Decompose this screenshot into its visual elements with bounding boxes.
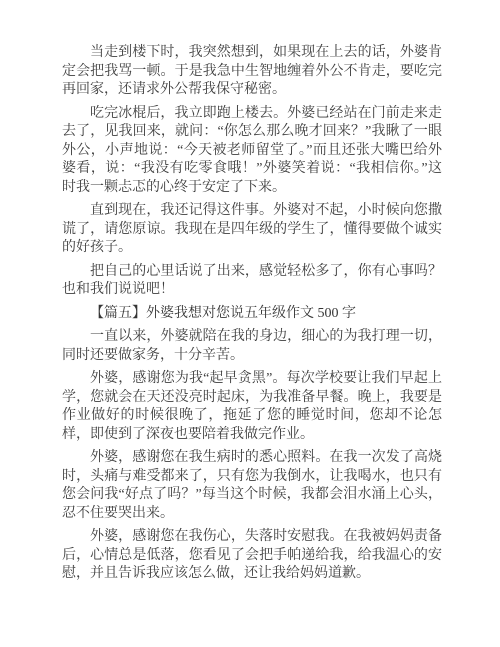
document-page: 当走到楼下时，我突然想到，如果现在上去的话，外婆肯定会把我骂一顿。于是我急中生智… <box>0 0 500 647</box>
section-heading: 【篇五】外婆我想对您说五年级作文 500 字 <box>62 305 442 324</box>
essay-paragraph: 直到现在，我还记得这件事。外婆对不起，小时候向您撒谎了，请您原谅。我现在是四年级… <box>62 202 442 258</box>
essay-paragraph: 外婆，感谢您在我生病时的悉心照料。在我一次发了高烧时，头痛与难受都来了，只有您为… <box>62 449 442 523</box>
essay-paragraph: 外婆，感谢您为我“起早贪黑”。每次学校要让我们早起上学，您就会在天还没亮时起床，… <box>62 370 442 444</box>
essay-paragraph: 吃完冰棍后，我立即跑上楼去。外婆已经站在门前走来走去了，见我回来，就问：“你怎么… <box>62 105 442 198</box>
essay-body: 当走到楼下时，我突然想到，如果现在上去的话，外婆肯定会把我骂一顿。于是我急中生智… <box>62 44 442 584</box>
essay-paragraph: 把自己的心里话说了出来，感觉轻松多了，你有心事吗？也和我们说说吧！ <box>62 263 442 300</box>
essay-paragraph: 当走到楼下时，我突然想到，如果现在上去的话，外婆肯定会把我骂一顿。于是我急中生智… <box>62 44 442 100</box>
essay-paragraph: 一直以来，外婆就陪在我的身边，细心的为我打理一切，同时还要做家务，十分辛苦。 <box>62 328 442 365</box>
essay-paragraph: 外婆，感谢您在我伤心，失落时安慰我。在我被妈妈责备后，心情总是低落，您看见了会把… <box>62 528 442 584</box>
